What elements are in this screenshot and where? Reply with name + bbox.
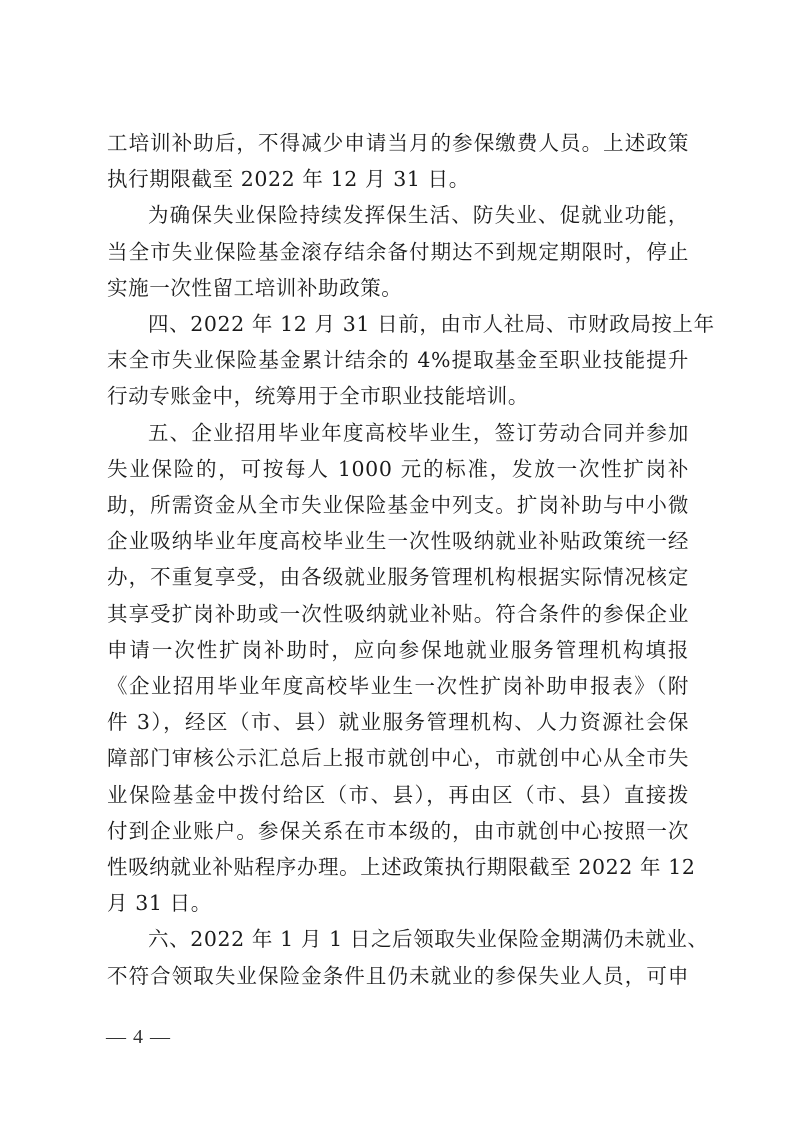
text-line: 五、企业招用毕业年度高校毕业生，签订劳动合同并参加 <box>107 415 689 451</box>
paragraph-section-5: 五、企业招用毕业年度高校毕业生，签订劳动合同并参加 失业保险的，可按每人 100… <box>107 415 689 922</box>
text-line: 性吸纳就业补贴程序办理。上述政策执行期限截至 2022 年 12 <box>107 849 689 885</box>
text-line: 六、2022 年 1 月 1 日之后领取失业保险金期满仍未就业、 <box>107 921 689 957</box>
text-line: 执行期限截至 2022 年 12 月 31 日。 <box>107 161 689 197</box>
page-number: — 4 — <box>106 1026 171 1049</box>
text-line: 《企业招用毕业年度高校毕业生一次性扩岗补助申报表》（附 <box>107 668 689 704</box>
text-line: 月 31 日。 <box>107 885 689 921</box>
document-body: 工培训补助后，不得减少申请当月的参保缴费人员。上述政策 执行期限截至 2022 … <box>107 125 689 994</box>
text-line: 企业吸纳毕业年度高校毕业生一次性吸纳就业补贴政策统一经 <box>107 523 689 559</box>
text-line: 件 3），经区（市、县）就业服务管理机构、人力资源社会保 <box>107 704 689 740</box>
paragraph-section-6: 六、2022 年 1 月 1 日之后领取失业保险金期满仍未就业、 不符合领取失业… <box>107 921 689 993</box>
text-line: 为确保失业保险持续发挥保生活、防失业、促就业功能， <box>107 197 689 233</box>
text-line: 实施一次性留工培训补助政策。 <box>107 270 689 306</box>
text-line: 当全市失业保险基金滚存结余备付期达不到规定期限时，停止 <box>107 234 689 270</box>
text-line: 失业保险的，可按每人 1000 元的标准，发放一次性扩岗补 <box>107 451 689 487</box>
paragraph-continuation: 工培训补助后，不得减少申请当月的参保缴费人员。上述政策 执行期限截至 2022 … <box>107 125 689 197</box>
text-line: 末全市失业保险基金累计结余的 4%提取基金至职业技能提升 <box>107 342 689 378</box>
text-line: 付到企业账户。参保关系在市本级的，由市就创中心按照一次 <box>107 813 689 849</box>
text-line: 行动专账金中，统筹用于全市职业技能培训。 <box>107 378 689 414</box>
text-line: 其享受扩岗补助或一次性吸纳就业补贴。符合条件的参保企业 <box>107 596 689 632</box>
text-line: 不符合领取失业保险金条件且仍未就业的参保失业人员，可申 <box>107 958 689 994</box>
text-line: 障部门审核公示汇总后上报市就创中心，市就创中心从全市失 <box>107 740 689 776</box>
text-line: 申请一次性扩岗补助时，应向参保地就业服务管理机构填报 <box>107 632 689 668</box>
paragraph-section-4: 四、2022 年 12 月 31 日前，由市人社局、市财政局按上年 末全市失业保… <box>107 306 689 415</box>
text-line: 四、2022 年 12 月 31 日前，由市人社局、市财政局按上年 <box>107 306 689 342</box>
text-line: 业保险基金中拨付给区（市、县），再由区（市、县）直接拨 <box>107 777 689 813</box>
text-line: 助，所需资金从全市失业保险基金中列支。扩岗补助与中小微 <box>107 487 689 523</box>
document-page: 工培训补助后，不得减少申请当月的参保缴费人员。上述政策 执行期限截至 2022 … <box>0 0 793 1122</box>
text-line: 办，不重复享受，由各级就业服务管理机构根据实际情况核定 <box>107 559 689 595</box>
paragraph-fund-safeguard: 为确保失业保险持续发挥保生活、防失业、促就业功能， 当全市失业保险基金滚存结余备… <box>107 197 689 306</box>
text-line: 工培训补助后，不得减少申请当月的参保缴费人员。上述政策 <box>107 125 689 161</box>
